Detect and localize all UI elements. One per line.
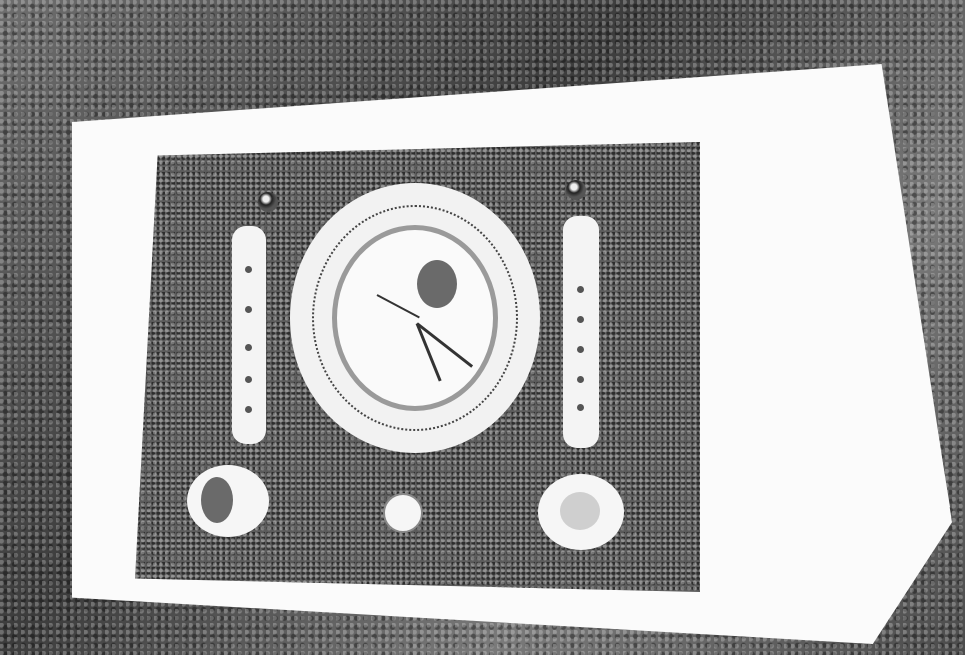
center-indicator: [383, 493, 423, 533]
slot-dot: [577, 286, 584, 293]
slot-dot: [245, 266, 252, 273]
slot-dot: [245, 406, 252, 413]
slot-dot: [577, 376, 584, 383]
bottom-border: [0, 655, 965, 663]
left-top-knob: [258, 192, 278, 212]
right-round-window: [538, 474, 624, 550]
slot-dot: [577, 316, 584, 323]
slot-dot: [577, 404, 584, 411]
left-round-window: [187, 465, 269, 537]
tuning-dial: [290, 183, 540, 453]
right-top-knob: [566, 180, 586, 200]
dial-hand: [377, 294, 420, 318]
dial-emblem: [417, 260, 457, 308]
slot-dot: [245, 306, 252, 313]
slot-dot: [245, 376, 252, 383]
slot-dot: [577, 346, 584, 353]
left-vertical-slot: [232, 226, 266, 444]
dial-face: [332, 225, 498, 411]
right-vertical-slot: [563, 216, 599, 448]
slot-dot: [245, 344, 252, 351]
